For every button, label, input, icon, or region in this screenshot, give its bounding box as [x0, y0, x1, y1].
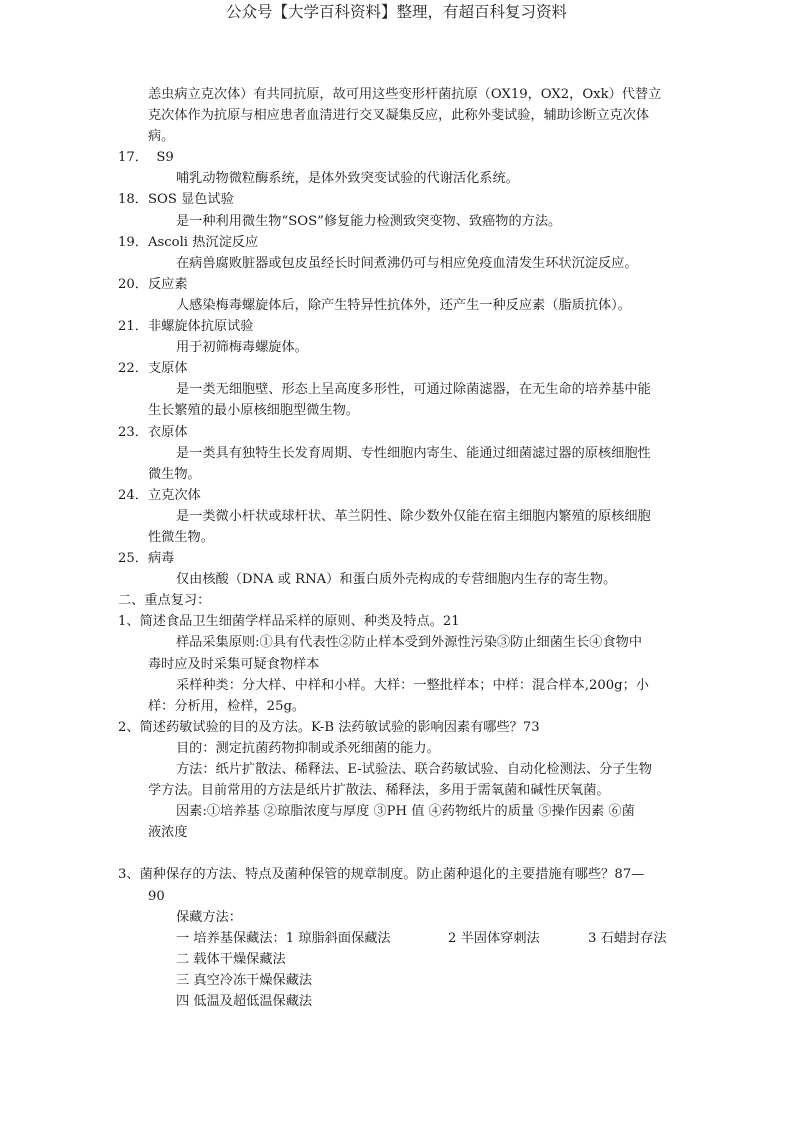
term-definition: 是一类具有独特生长发育周期、专性细胞内寄生、能通过细菌滤过器的原核细胞性: [118, 443, 678, 464]
term-definition: 人感染梅毒螺旋体后，除产生特异性抗体外，还产生一种反应素（脂质抗体）。: [118, 295, 678, 316]
term-title: 反应素: [148, 277, 188, 292]
term-heading-24: 24．立克次体: [118, 485, 678, 506]
term-definition-cont: 性微生物。: [118, 527, 678, 548]
term-heading-17: 17． S9: [118, 147, 678, 168]
question-2-title: 2、简述药敏试验的目的及方法。K-B 法药敏试验的影响因素有哪些？73: [118, 717, 678, 738]
term-title: 支原体: [148, 361, 188, 376]
term-number: 25．: [118, 551, 148, 566]
intro-line: 恙虫病立克次体）有共同抗原，故可用这些变形杆菌抗原（OX19，OX2，Oxk）代…: [118, 84, 678, 105]
term-definition: 是一类无细胞壁、形态上呈高度多形性，可通过除菌滤器，在无生命的培养基中能: [118, 379, 678, 400]
term-number: 22．: [118, 361, 148, 376]
page-header: 公众号【大学百科资料】整理，有超百科复习资料: [0, 2, 793, 22]
term-heading-19: 19．Ascoli 热沉淀反应: [118, 232, 678, 253]
term-heading-18: 18．SOS 显色试验: [118, 189, 678, 210]
q3-method-2: 二 载体干燥保藏法: [118, 949, 678, 970]
method-label: 一 培养基保藏法：1 琼脂斜面保藏法: [176, 928, 448, 949]
term-definition-cont: 微生物。: [118, 464, 678, 485]
q1-principle-cont: 毒时应及时采集可疑食物样本: [118, 654, 678, 675]
intro-line: 病。: [118, 126, 678, 147]
term-number: 18．: [118, 192, 148, 207]
q1-types-cont: 样：分析用，检样，25g。: [118, 696, 678, 717]
term-title: 非螺旋体抗原试验: [148, 319, 254, 334]
q3-method-3: 三 真空冷冻干燥保藏法: [118, 970, 678, 991]
q1-types: 采样种类：分大样、中样和小样。大样：一整批样本；中样：混合样本,200g；小: [118, 675, 678, 696]
document-body: 恙虫病立克次体）有共同抗原，故可用这些变形杆菌抗原（OX19，OX2，Oxk）代…: [118, 84, 678, 1012]
q3-method-1: 一 培养基保藏法：1 琼脂斜面保藏法2 半固体穿刺法3 石蜡封存法: [118, 928, 678, 949]
term-heading-23: 23．衣原体: [118, 422, 678, 443]
term-heading-22: 22．支原体: [118, 358, 678, 379]
term-number: 23．: [118, 425, 148, 440]
term-definition: 在病兽腐败脏器或包皮虽经长时间煮沸仍可与相应免疫血清发生环状沉淀反应。: [118, 253, 678, 274]
term-definition: 仅由核酸（DNA 或 RNA）和蛋白质外壳构成的专营细胞内生存的寄生物。: [118, 569, 678, 590]
term-number: 17．: [118, 150, 148, 165]
term-definition: 哺乳动物微粒酶系统，是体外致突变试验的代谢活化系统。: [118, 168, 678, 189]
term-definition: 是一种利用微生物“SOS”修复能力检测致突变物、致癌物的方法。: [118, 211, 678, 232]
q3-method-4: 四 低温及超低温保藏法: [118, 991, 678, 1012]
term-definition-cont: 生长繁殖的最小原核细胞型微生物。: [118, 400, 678, 421]
term-number: 20．: [118, 277, 148, 292]
term-number: 24．: [118, 488, 148, 503]
method-sub-2: 2 半固体穿刺法: [448, 928, 588, 949]
q2-methods-cont: 学方法。目前常用的方法是纸片扩散法、稀释法，多用于需氧菌和碱性厌氧菌。: [118, 780, 678, 801]
q2-factors: 因素:①培养基 ②琼脂浓度与厚度 ③PH 值 ④药物纸片的质量 ⑤操作因素 ⑥菌: [118, 801, 678, 822]
term-title: 衣原体: [148, 425, 188, 440]
spacer: [118, 843, 678, 864]
term-heading-25: 25．病毒: [118, 548, 678, 569]
q3-storage-label: 保藏方法：: [118, 907, 678, 928]
q2-purpose: 目的：测定抗菌药物抑制或杀死细菌的能力。: [118, 738, 678, 759]
term-definition: 是一类微小杆状或球杆状、革兰阴性、除少数外仅能在宿主细胞内繁殖的原核细胞: [118, 506, 678, 527]
term-heading-20: 20．反应素: [118, 274, 678, 295]
term-heading-21: 21．非螺旋体抗原试验: [118, 316, 678, 337]
question-1-title: 1、简述食品卫生细菌学样品采样的原则、种类及特点。21: [118, 611, 678, 632]
term-title: SOS 显色试验: [148, 192, 234, 207]
question-3-title: 3、菌种保存的方法、特点及菌种保管的规章制度。防止菌种退化的主要措施有哪些？87…: [118, 864, 678, 885]
term-number: 21．: [118, 319, 148, 334]
section-title: 二、重点复习：: [118, 590, 678, 611]
method-sub-3: 3 石蜡封存法: [588, 928, 667, 949]
term-title: Ascoli 热沉淀反应: [148, 235, 258, 250]
q2-factors-cont: 液浓度: [118, 822, 678, 843]
q2-methods: 方法：纸片扩散法、稀释法、E-试验法、联合药敏试验、自动化检测法、分子生物: [118, 759, 678, 780]
term-definition: 用于初筛梅毒螺旋体。: [118, 337, 678, 358]
term-number: 19．: [118, 235, 148, 250]
term-title: 病毒: [148, 551, 174, 566]
question-3-title-cont: 90: [118, 886, 678, 907]
term-title: S9: [156, 150, 173, 165]
term-title: 立克次体: [148, 488, 201, 503]
q1-principle: 样品采集原则:①具有代表性②防止样本受到外源性污染③防止细菌生长④食物中: [118, 632, 678, 653]
intro-line: 克次体作为抗原与相应患者血清进行交叉凝集反应，此称外斐试验，辅助诊断立克次体: [118, 105, 678, 126]
